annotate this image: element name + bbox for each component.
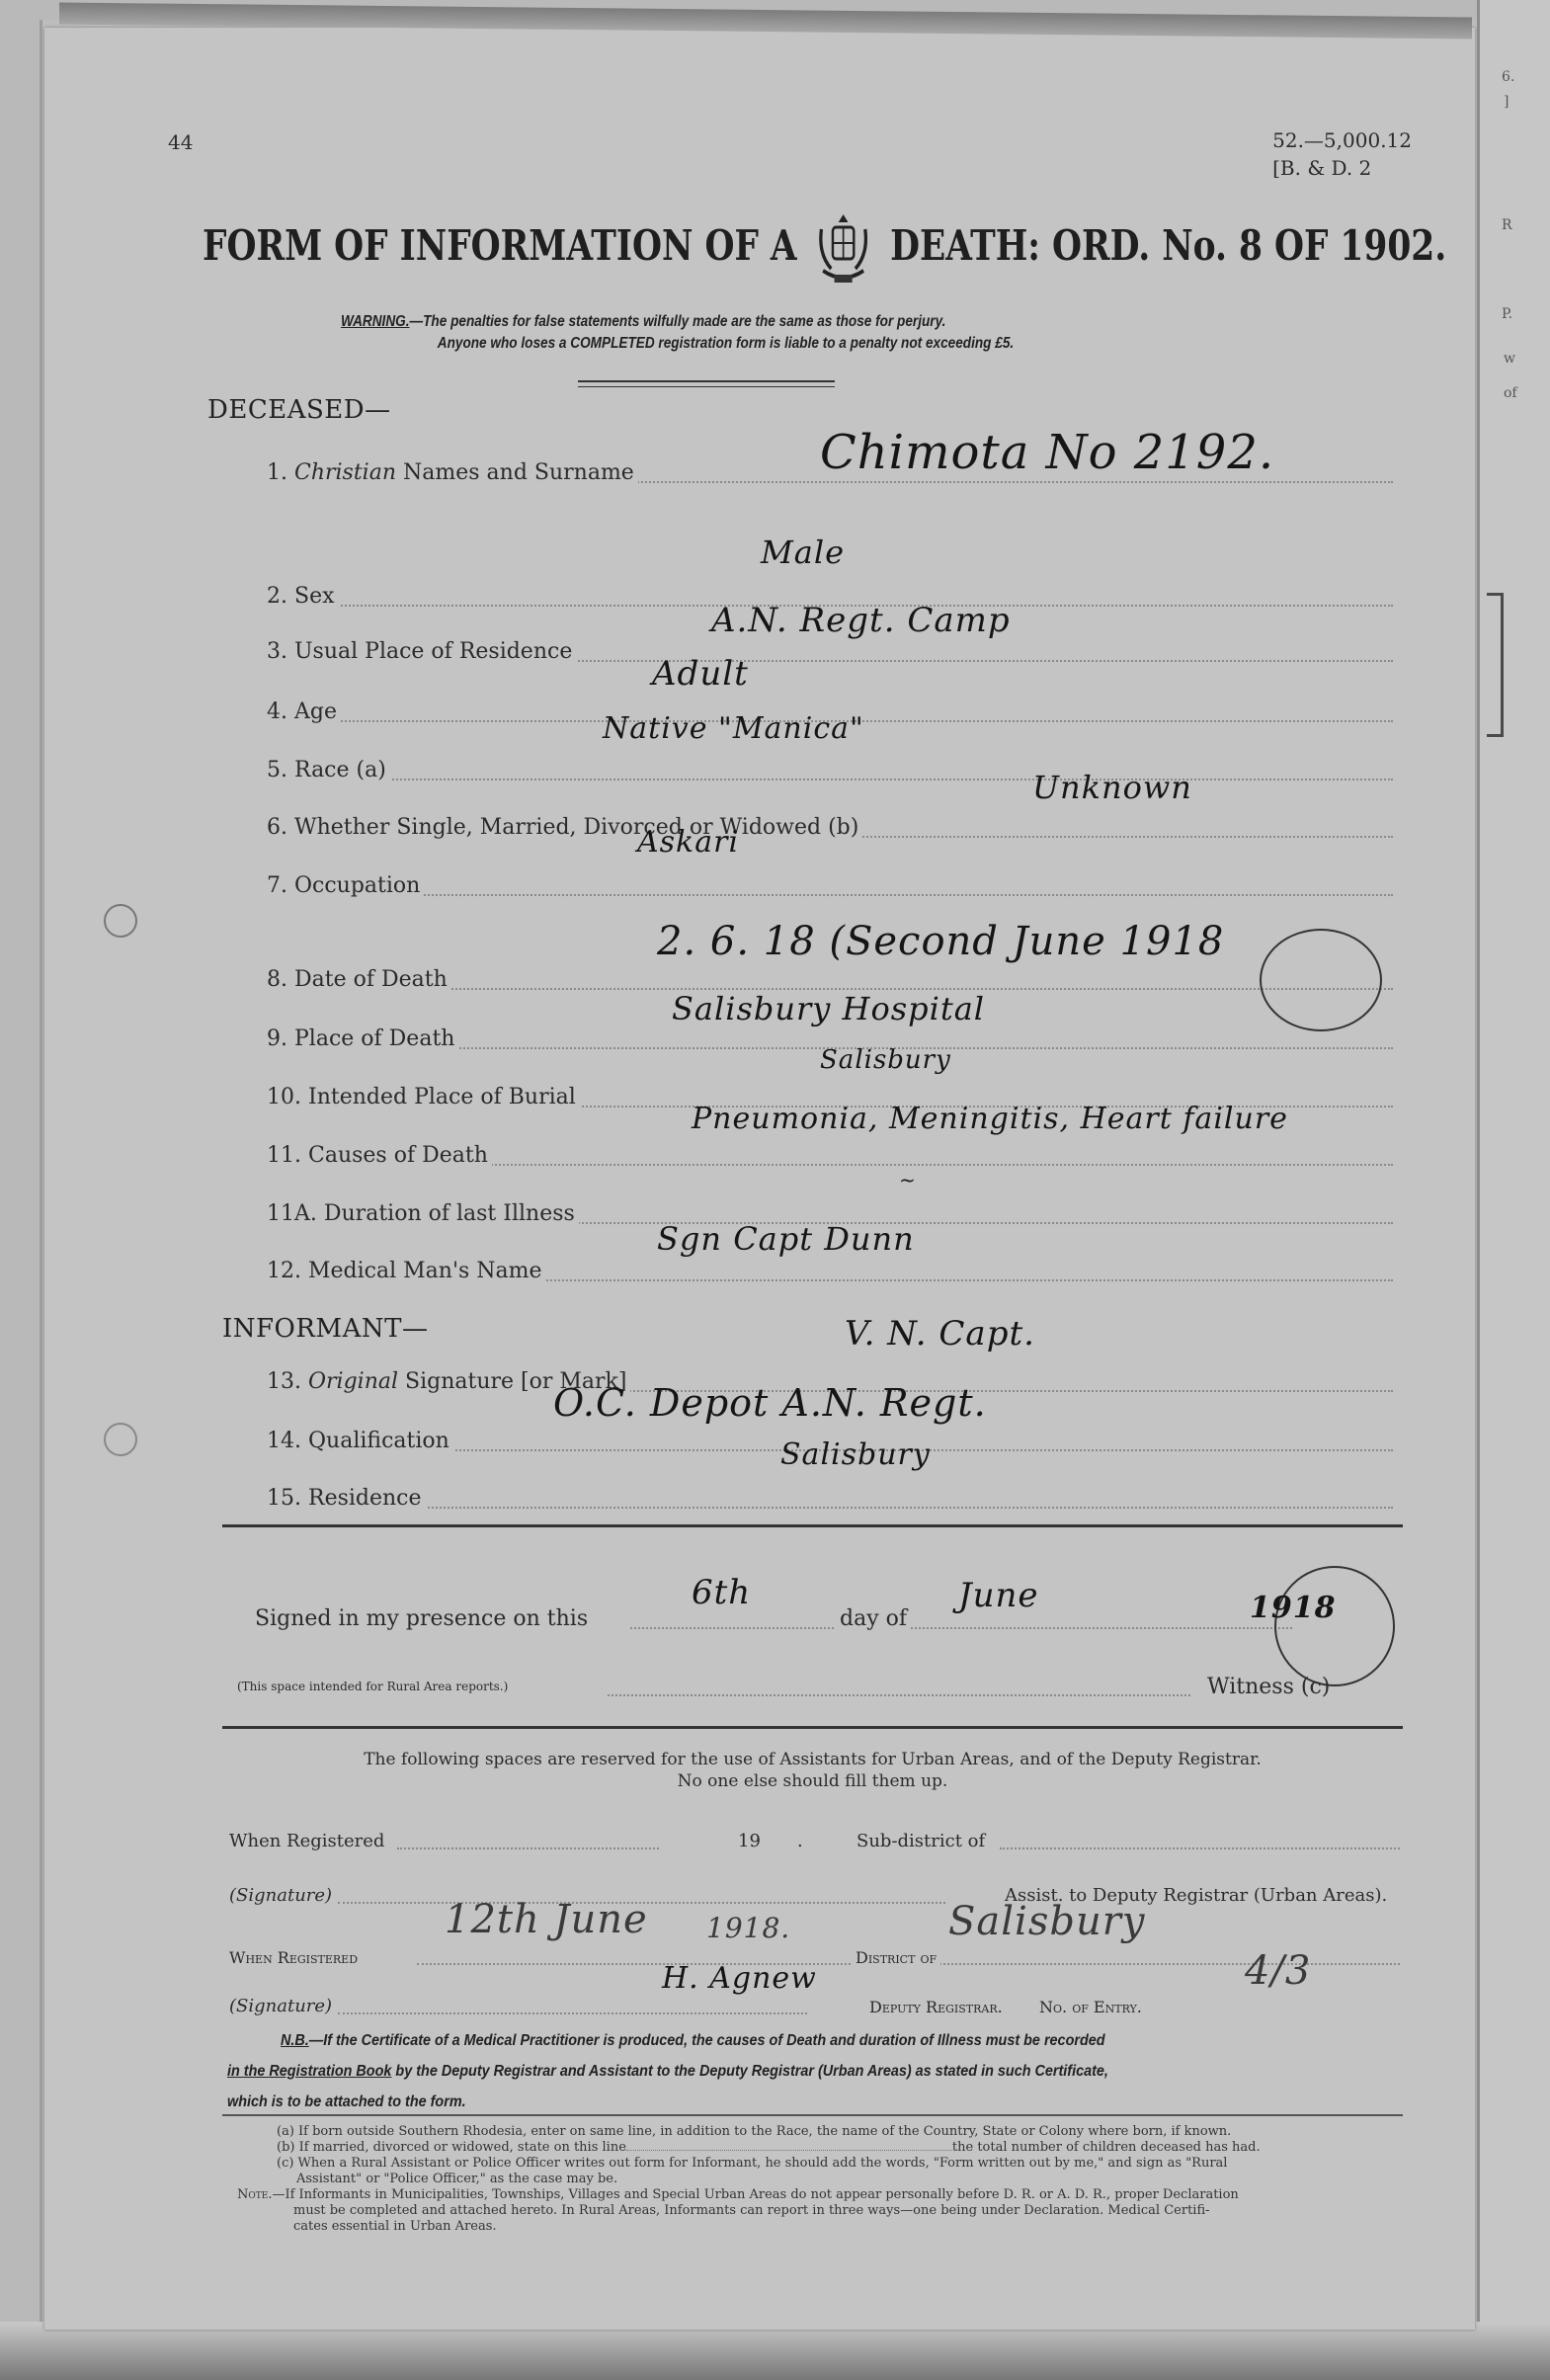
field-value[interactable]: 2. 6. 18 (Second June 1918 [657,919,1224,964]
form-code-line-2: [B. & D. 2 [1272,154,1412,182]
margin-mark: ] [1504,94,1509,110]
field-value[interactable]: Chimota No 2192. [820,425,1274,480]
death-year-circle [1260,929,1382,1031]
field-label: 3. Usual Place of Residence [267,639,576,664]
field-label: 5. Race (a) [267,758,390,782]
field-value[interactable]: ~ [899,1168,917,1191]
form-code: 52.—5,000.12 [B. & D. 2 [1272,126,1412,182]
day-of-label: day of [836,1606,911,1631]
signature-label-2: (Signature) [229,1996,332,2016]
field-row: 11. Causes of Death [267,1132,1393,1172]
footnote-c: (c) When a Rural Assistant or Police Off… [237,2156,1403,2187]
field-value[interactable]: V. N. Capt. [845,1314,1035,1354]
field-label: 1. Christian Names and Surname [267,460,638,485]
form-title: FORM OF INFORMATION OF A DEATH: ORD. No.… [203,209,1446,288]
footnotes: (a) If born outside Southern Rhodesia, e… [237,2124,1403,2235]
margin-mark: R [1502,217,1512,233]
reserved-notice: The following spaces are reserved for th… [222,1749,1403,1792]
warning-line-2: Anyone who loses a COMPLETED registratio… [341,333,1014,355]
nb-text-3: which is to be attached to the form. [227,2087,1294,2117]
title-left: FORM OF INFORMATION OF A [203,221,797,270]
subdistrict-field[interactable] [1000,1847,1400,1849]
field-label: 8. Date of Death [267,967,451,992]
entry-number-value[interactable]: 4/3 [1245,1948,1311,1994]
district-value[interactable]: Salisbury [948,1899,1145,1944]
nb-text-2: by the Deputy Registrar and Assistant to… [395,2063,1108,2080]
section-informant: INFORMANT— [222,1314,428,1344]
reserved-line-1: The following spaces are reserved for th… [222,1749,1403,1770]
reserved-line-2: No one else should fill them up. [222,1770,1403,1792]
signed-day-value[interactable]: 6th [692,1573,751,1612]
page-number: 44 [168,130,193,154]
field-label: 4. Age [267,699,341,724]
header-divider [578,380,835,387]
margin-mark: 6. [1502,69,1514,85]
year-stamp-circle [1274,1566,1395,1686]
subdistrict-label: Sub-district of [857,1831,985,1851]
nb-text-1: —If the Certificate of a Medical Practit… [309,2032,1105,2049]
when-registered-row-1: When Registered 19 . Sub-district of [229,1816,1400,1855]
footnote-b: (b) If married, divorced or widowed, sta… [237,2140,1403,2156]
field-value[interactable]: Salisbury [780,1437,931,1472]
registered-year-value[interactable]: 1918. [706,1912,790,1944]
nb-underlined: in the Registration Book [227,2063,391,2080]
field-line[interactable] [267,1507,1393,1509]
punch-hole [104,904,137,938]
field-label: 9. Place of Death [267,1026,458,1051]
field-value[interactable]: Salisbury Hospital [672,990,985,1027]
coat-of-arms-icon [815,209,871,288]
field-label: 11. Causes of Death [267,1143,492,1168]
punch-hole [104,1423,137,1456]
deputy-registrar-label: Deputy Registrar. [869,1998,1003,2016]
field-value[interactable]: A.N. Regt. Camp [711,601,1011,640]
field-value[interactable]: Sgn Capt Dunn [657,1220,915,1258]
field-label: 12. Medical Man's Name [267,1259,546,1283]
footnote-note: Note.—If Informants in Municipalities, T… [237,2187,1403,2235]
signed-month-value[interactable]: June [958,1576,1039,1615]
warning-line-1: —The penalties for false statements wilf… [410,313,946,330]
deputy-signature-field[interactable] [338,2012,807,2014]
footnote-divider [222,2114,1403,2116]
assistant-signature-row: (Signature) Assist. to Deputy Registrar … [229,1870,1400,1910]
field-label: 15. Residence [267,1486,426,1511]
witness-label: Witness (c) [1207,1675,1330,1699]
footnote-a: (a) If born outside Southern Rhodesia, e… [237,2124,1403,2140]
field-value[interactable]: Askari [637,825,739,860]
signed-prefix: Signed in my presence on this [255,1606,588,1631]
field-row: 6. Whether Single, Married, Divorced or … [267,804,1393,844]
signature-label-1: (Signature) [229,1885,332,1906]
field-value[interactable]: Salisbury [820,1045,951,1075]
margin-mark: of [1504,385,1517,401]
warning-notice: WARNING.—The penalties for false stateme… [341,311,1014,355]
field-label: 14. Qualification [267,1429,453,1453]
nb-label: N.B. [281,2032,309,2049]
district-label: District of [852,1948,940,1967]
registered-date-value[interactable]: 12th June [445,1897,648,1942]
nb-notice: N.B.—If the Certificate of a Medical Pra… [227,2025,1294,2117]
field-label: 7. Occupation [267,873,424,898]
witness-line [608,1694,1190,1696]
rural-area-note: (This space intended for Rural Area repo… [237,1680,508,1693]
entry-number-label: No. of Entry. [1039,1998,1142,2016]
field-row: 15. Residence [267,1475,1393,1515]
margin-mark: P. [1502,306,1512,322]
field-value[interactable]: Pneumonia, Meningitis, Heart failure [692,1102,1288,1136]
field-label: 11A. Duration of last Illness [267,1201,579,1226]
adjacent-sheet-edge: 6. ] R P. w of [1477,0,1550,2380]
section-deceased: DECEASED— [207,395,391,425]
field-value[interactable]: Adult [652,654,749,694]
field-row: 7. Occupation [267,862,1393,902]
field-value[interactable]: O.C. Depot A.N. Regt. [553,1381,987,1425]
field-line[interactable] [267,894,1393,896]
field-label: 10. Intended Place of Burial [267,1085,580,1109]
year-prefix-1: 19 [738,1831,761,1851]
field-value[interactable]: Native "Manica" [603,711,864,746]
field-label: 6. Whether Single, Married, Divorced or … [267,815,862,840]
field-label: 2. Sex [267,584,339,609]
field-value[interactable]: Unknown [1032,769,1192,806]
when-registered-label-1: When Registered [229,1831,384,1851]
year-dot: . [797,1831,803,1851]
title-right: DEATH: ORD. No. 8 OF 1902. [890,221,1446,270]
signed-year-value[interactable]: 1918 [1250,1591,1337,1625]
page-tab [1487,593,1504,737]
field-value[interactable]: Male [761,533,845,571]
when-registered-label-2: When Registered [229,1948,360,1967]
margin-mark: w [1504,351,1515,367]
form-code-line-1: 52.—5,000.12 [1272,126,1412,154]
paper-stack-edge [0,2322,1550,2380]
deputy-signature-value[interactable]: H. Agnew [662,1961,817,1996]
warning-label: WARNING. [341,313,410,330]
signed-presence-row: Signed in my presence on this day of [255,1596,1292,1635]
section-divider [222,1524,1403,1527]
field-line[interactable] [267,779,1393,780]
registrar-divider [222,1726,1403,1729]
field-row: 5. Race (a) [267,747,1393,786]
